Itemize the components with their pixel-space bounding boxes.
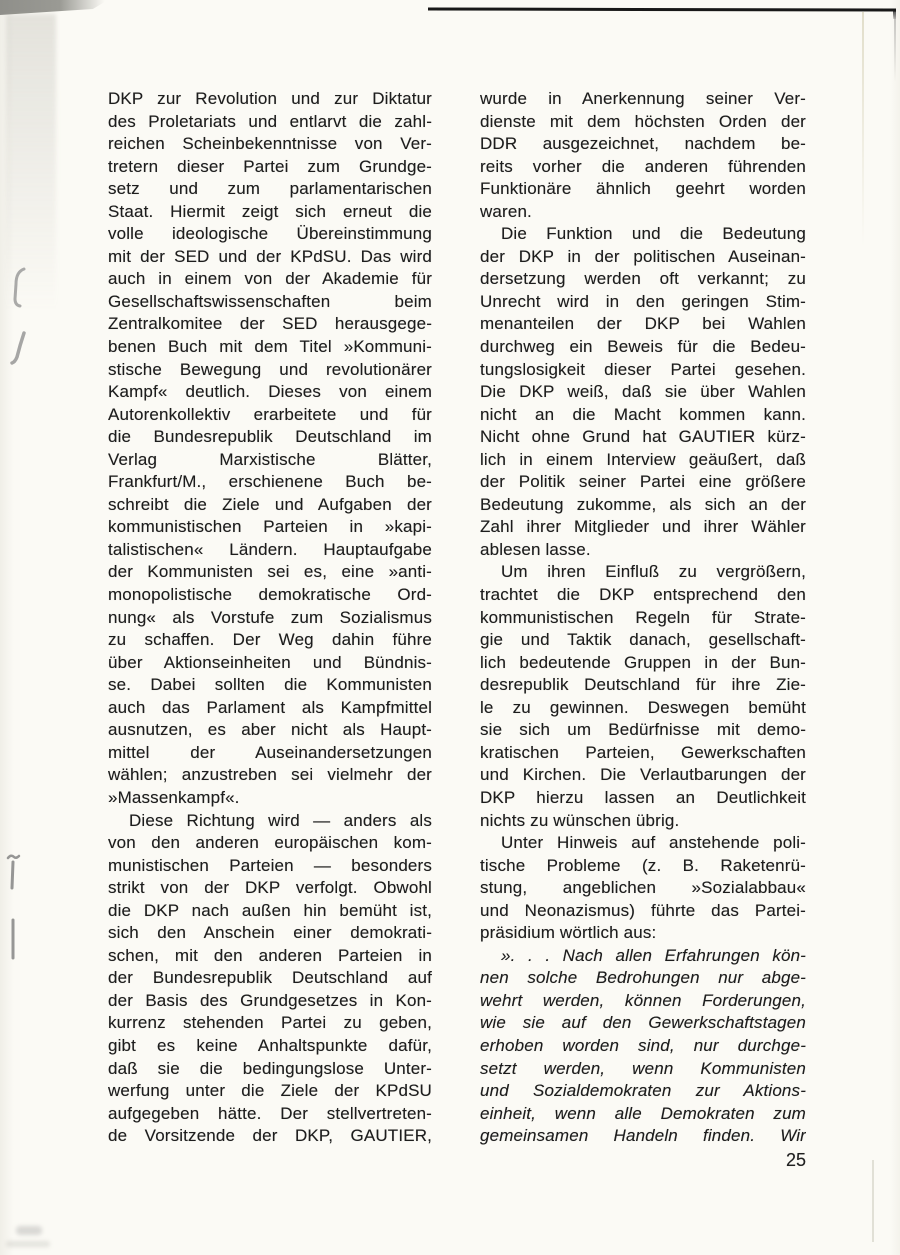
text-line: waren.	[480, 201, 806, 224]
text-line: und Sozialdemokraten zur Aktions-	[480, 1080, 806, 1103]
text-line: kommunistischen Regeln für Strate-	[480, 607, 806, 630]
text-line: wie sie auf den Gewerkschaftstagen	[480, 1012, 806, 1035]
text-line: nen solche Bedrohungen nur abge-	[480, 967, 806, 990]
text-line: le zu gewinnen. Deswegen bemüht	[480, 697, 806, 720]
text-line: gibt es keine Anhaltspunkte dafür,	[108, 1035, 432, 1058]
text-line: volle ideologische Übereinstimmung	[108, 223, 432, 246]
scan-edge-line	[894, 12, 896, 82]
text-line: die DKP nach außen hin bemüht ist,	[108, 900, 432, 923]
text-line: DKP hierzu lassen an Deutlichkeit	[480, 787, 806, 810]
text-line: monopolistische demokratische Ord-	[108, 584, 432, 607]
text-line: kurrenz stehenden Partei zu geben,	[108, 1012, 432, 1035]
text-line: nichts zu wünschen übrig.	[480, 810, 806, 833]
text-line: kratischen Parteien, Gewerkschaften	[480, 742, 806, 765]
text-line: DKP zur Revolution und zur Diktatur	[108, 88, 432, 111]
text-line: Autorenkollektiv erarbeitete und für	[108, 404, 432, 427]
text-line: DDR ausgezeichnet, nachdem be-	[480, 133, 806, 156]
scan-fold-line-bottom	[872, 1160, 874, 1242]
text-line: einheit, wenn alle Demokraten zum	[480, 1103, 806, 1126]
text-line: Die DKP weiß, daß sie über Wahlen	[480, 381, 806, 404]
text-line: Gesellschaftswissenschaften beim	[108, 291, 432, 314]
text-line: Unrecht wird in den geringen Stim-	[480, 291, 806, 314]
text-line: gemeinsamen Handeln finden. Wir	[480, 1125, 806, 1148]
text-line: schreibt die Ziele und Aufgaben der	[108, 494, 432, 517]
text-line: dersetzung werden oft verkannt; zu	[480, 268, 806, 291]
text-line: durchweg ein Beweis für die Bedeu-	[480, 336, 806, 359]
text-line: wehrt werden, können Forderungen,	[480, 990, 806, 1013]
text-column-right: wurde in Anerkennung seiner Ver-dienste …	[480, 88, 806, 1148]
text-line: der DKP in der politischen Auseinan-	[480, 246, 806, 269]
text-line: ». . . Nach allen Erfahrungen kön-	[480, 945, 806, 968]
text-line: dienste mit dem höchsten Orden der	[480, 111, 806, 134]
text-line: talistischen« Ländern. Hauptaufgabe	[108, 539, 432, 562]
text-line: benen Buch mit dem Titel »Kommuni-	[108, 336, 432, 359]
text-line: tretern dieser Partei zum Grundge-	[108, 156, 432, 179]
text-line: auch in einem von der Akademie für	[108, 268, 432, 291]
text-line: nung« als Vorstufe zum Sozialismus	[108, 607, 432, 630]
text-line: tungslosigkeit dieser Partei gesehen.	[480, 359, 806, 382]
text-line: ablesen lasse.	[480, 539, 806, 562]
text-line: strikt von der DKP verfolgt. Obwohl	[108, 877, 432, 900]
text-line: reichen Scheinbekenntnisse von Ver-	[108, 133, 432, 156]
text-line: Zahl ihrer Mitglieder und ihrer Wähler	[480, 516, 806, 539]
scan-fold-line	[862, 12, 864, 247]
text-line: über Aktionseinheiten und Bündnis-	[108, 652, 432, 675]
text-line: Unter Hinweis auf anstehende poli-	[480, 832, 806, 855]
text-line: Frankfurt/M., erschienene Buch be-	[108, 471, 432, 494]
text-line: Zentralkomitee der SED herausgege-	[108, 313, 432, 336]
text-column-left: DKP zur Revolution und zur Diktaturdes P…	[108, 88, 432, 1148]
text-line: Die Funktion und die Bedeutung	[480, 223, 806, 246]
text-line: ausnutzen, es aber nicht als Haupt-	[108, 719, 432, 742]
text-line: Bedeutung zukomme, als sich an der	[480, 494, 806, 517]
text-line: Staat. Hiermit zeigt sich erneut die	[108, 201, 432, 224]
text-line: stische Bewegung und revolutionärer	[108, 359, 432, 382]
text-line: Diese Richtung wird — anders als	[108, 810, 432, 833]
text-line: Funktionäre ähnlich geehrt worden	[480, 178, 806, 201]
text-line: Verlag Marxistische Blätter,	[108, 449, 432, 472]
text-line: de Vorsitzende der DKP, GAUTIER,	[108, 1125, 432, 1148]
text-line: wählen; anzustreben sei vielmehr der	[108, 764, 432, 787]
scan-smudge	[16, 1226, 42, 1235]
text-line: setz und zum parlamentarischen	[108, 178, 432, 201]
text-line: lich in einem Interview geäußert, daß	[480, 449, 806, 472]
text-line: des Proletariats und entlarvt die zahl-	[108, 111, 432, 134]
text-line: auch das Parlament als Kampfmittel	[108, 697, 432, 720]
text-line: kommunistischen Parteien in »kapi-	[108, 516, 432, 539]
text-line: aufgegeben hätte. Der stellvertreten-	[108, 1103, 432, 1126]
text-line: der Politik seiner Partei eine größere	[480, 471, 806, 494]
text-line: und Kirchen. Die Verlautbarungen der	[480, 764, 806, 787]
text-line: präsidium wörtlich aus:	[480, 922, 806, 945]
text-line: sie sich um Bedürfnisse mit demo-	[480, 719, 806, 742]
text-line: desrepublik Deutschland für ihre Zie-	[480, 674, 806, 697]
text-line: trachtet die DKP entsprechend den	[480, 584, 806, 607]
text-line: werfung unter die Ziele der KPdSU	[108, 1080, 432, 1103]
text-line: Um ihren Einfluß zu vergrößern,	[480, 561, 806, 584]
text-line: erhoben worden sind, nur durchge-	[480, 1035, 806, 1058]
text-line: munistischen Parteien — besonders	[108, 855, 432, 878]
scanned-book-page: DKP zur Revolution und zur Diktaturdes P…	[0, 0, 900, 1255]
text-line: gie und Taktik danach, gesellschaft-	[480, 629, 806, 652]
top-rule-line	[428, 8, 896, 12]
text-line: menanteilen der DKP bei Wahlen	[480, 313, 806, 336]
text-line: der Kommunisten sei es, eine »anti-	[108, 561, 432, 584]
text-line: von den anderen europäischen kom-	[108, 832, 432, 855]
text-line: der Basis des Grundgesetzes in Kon-	[108, 990, 432, 1013]
text-line: und Neonazismus) führte das Partei-	[480, 900, 806, 923]
text-line: reits vorher die anderen führenden	[480, 156, 806, 179]
text-line: stung, angeblichen »Sozialabbau«	[480, 877, 806, 900]
text-line: daß sie die bedingungslose Unter-	[108, 1058, 432, 1081]
text-line: nicht an die Macht kommen kann.	[480, 404, 806, 427]
text-line: die Bundesrepublik Deutschland im	[108, 426, 432, 449]
text-line: Nicht ohne Grund hat GAUTIER kürz-	[480, 426, 806, 449]
text-line: sich den Anschein einer demokrati-	[108, 922, 432, 945]
text-line: zu schaffen. Der Weg dahin führe	[108, 629, 432, 652]
text-line: se. Dabei sollten die Kommunisten	[108, 674, 432, 697]
text-line: tische Probleme (z. B. Raketenrü-	[480, 855, 806, 878]
text-line: der Bundesrepublik Deutschland auf	[108, 967, 432, 990]
page-number: 25	[480, 1150, 806, 1171]
text-line: schen, mit den anderen Parteien in	[108, 945, 432, 968]
text-line: mittel der Auseinandersetzungen	[108, 742, 432, 765]
text-line: Kampf« deutlich. Dieses von einem	[108, 381, 432, 404]
text-line: mit der SED und der KPdSU. Das wird	[108, 246, 432, 269]
margin-pencil-marks	[0, 0, 60, 1000]
text-line: »Massenkampf«.	[108, 787, 432, 810]
scan-smudge	[6, 1241, 50, 1247]
text-line: setzt werden, wenn Kommunisten	[480, 1058, 806, 1081]
text-line: wurde in Anerkennung seiner Ver-	[480, 88, 806, 111]
text-line: lich bedeutende Gruppen in der Bun-	[480, 652, 806, 675]
